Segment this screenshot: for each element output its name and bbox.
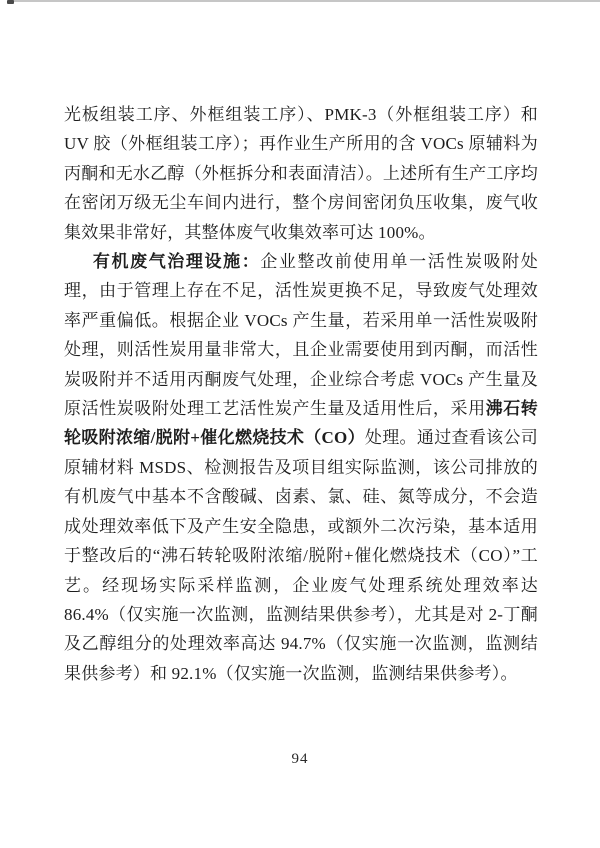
page-number: 94 xyxy=(0,751,600,768)
scan-edge-artifact xyxy=(10,0,600,2)
text-segment: 处理。通过查看该公司原辅材料 MSDS、检测报告及项目组实际监测，该公司排放的有… xyxy=(64,428,538,682)
text-block: 光板组装工序、外框组装工序）、PMK-3（外框组装工序）和 UV 胶（外框组装工… xyxy=(64,100,538,688)
scan-edge-nub-artifact xyxy=(7,0,14,4)
text-segment: 企业整改前使用单一活性炭吸附处理，由于管理上存在不足，活性炭更换不足，导致废气处… xyxy=(64,252,538,418)
text-segment: 有机废气治理设施： xyxy=(93,252,260,271)
paragraph-waste-gas-treatment: 有机废气治理设施：企业整改前使用单一活性炭吸附处理，由于管理上存在不足，活性炭更… xyxy=(64,247,538,688)
text-segment: 光板组装工序、外框组装工序）、PMK-3（外框组装工序）和 UV 胶（外框组装工… xyxy=(64,105,538,242)
document-page: 光板组装工序、外框组装工序）、PMK-3（外框组装工序）和 UV 胶（外框组装工… xyxy=(0,0,600,848)
paragraph-process-description: 光板组装工序、外框组装工序）、PMK-3（外框组装工序）和 UV 胶（外框组装工… xyxy=(64,100,538,247)
